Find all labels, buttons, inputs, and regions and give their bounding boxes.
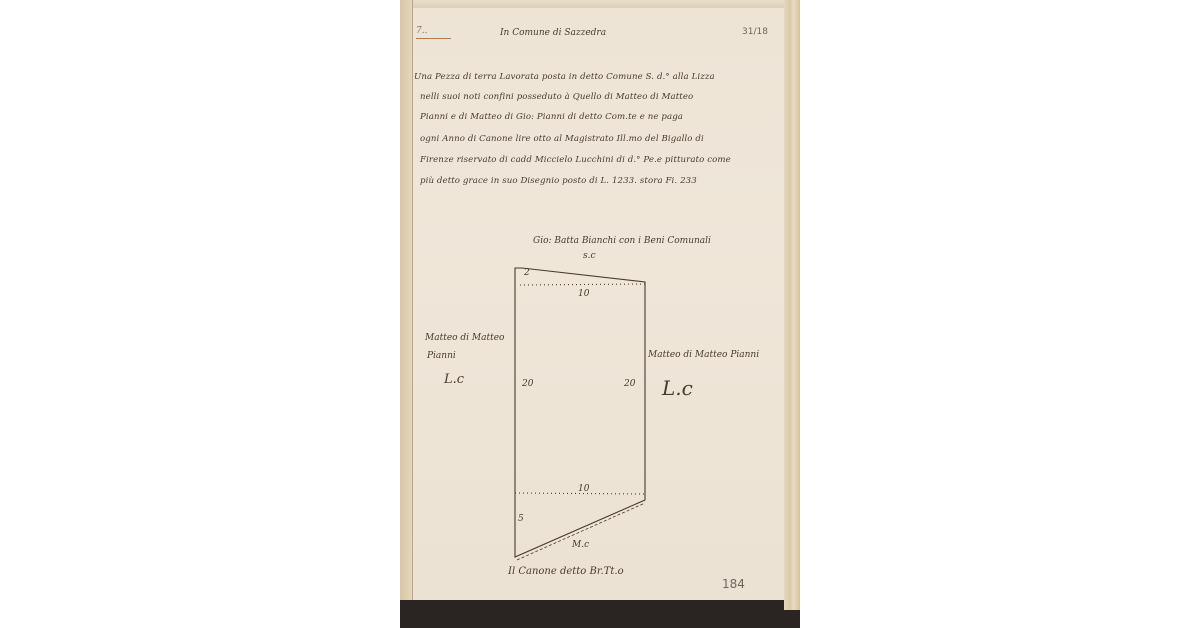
south-boundary-label: Il Canone detto Br.Tt.o xyxy=(508,566,624,577)
west-boundary-label-2: Pianni xyxy=(427,351,456,361)
north-boundary-label: Gio: Batta Bianchi con i Beni Comunali xyxy=(533,236,711,246)
dim-corner-top: 2 xyxy=(524,268,530,278)
west-abbrev: L.c xyxy=(444,372,464,387)
east-boundary-label: Matteo di Matteo Pianni xyxy=(648,350,759,360)
manuscript-scan: 7.. In Comune di Sazzedra 31/18 Una Pezz… xyxy=(400,0,800,628)
dim-left-side: 20 xyxy=(522,379,533,389)
dim-bottom-width: 10 xyxy=(578,484,589,494)
south-abbrev: M.c xyxy=(572,540,589,550)
dim-right-side: 20 xyxy=(624,379,635,389)
west-boundary-label: Matteo di Matteo xyxy=(425,333,504,343)
north-abbrev: s.c xyxy=(583,251,596,261)
dim-top-width: 10 xyxy=(578,289,589,299)
page-number: 184 xyxy=(722,577,745,591)
east-abbrev: L.c xyxy=(662,376,693,400)
dim-corner-bottom: 5 xyxy=(518,514,524,524)
parcel-diagram xyxy=(400,0,800,628)
